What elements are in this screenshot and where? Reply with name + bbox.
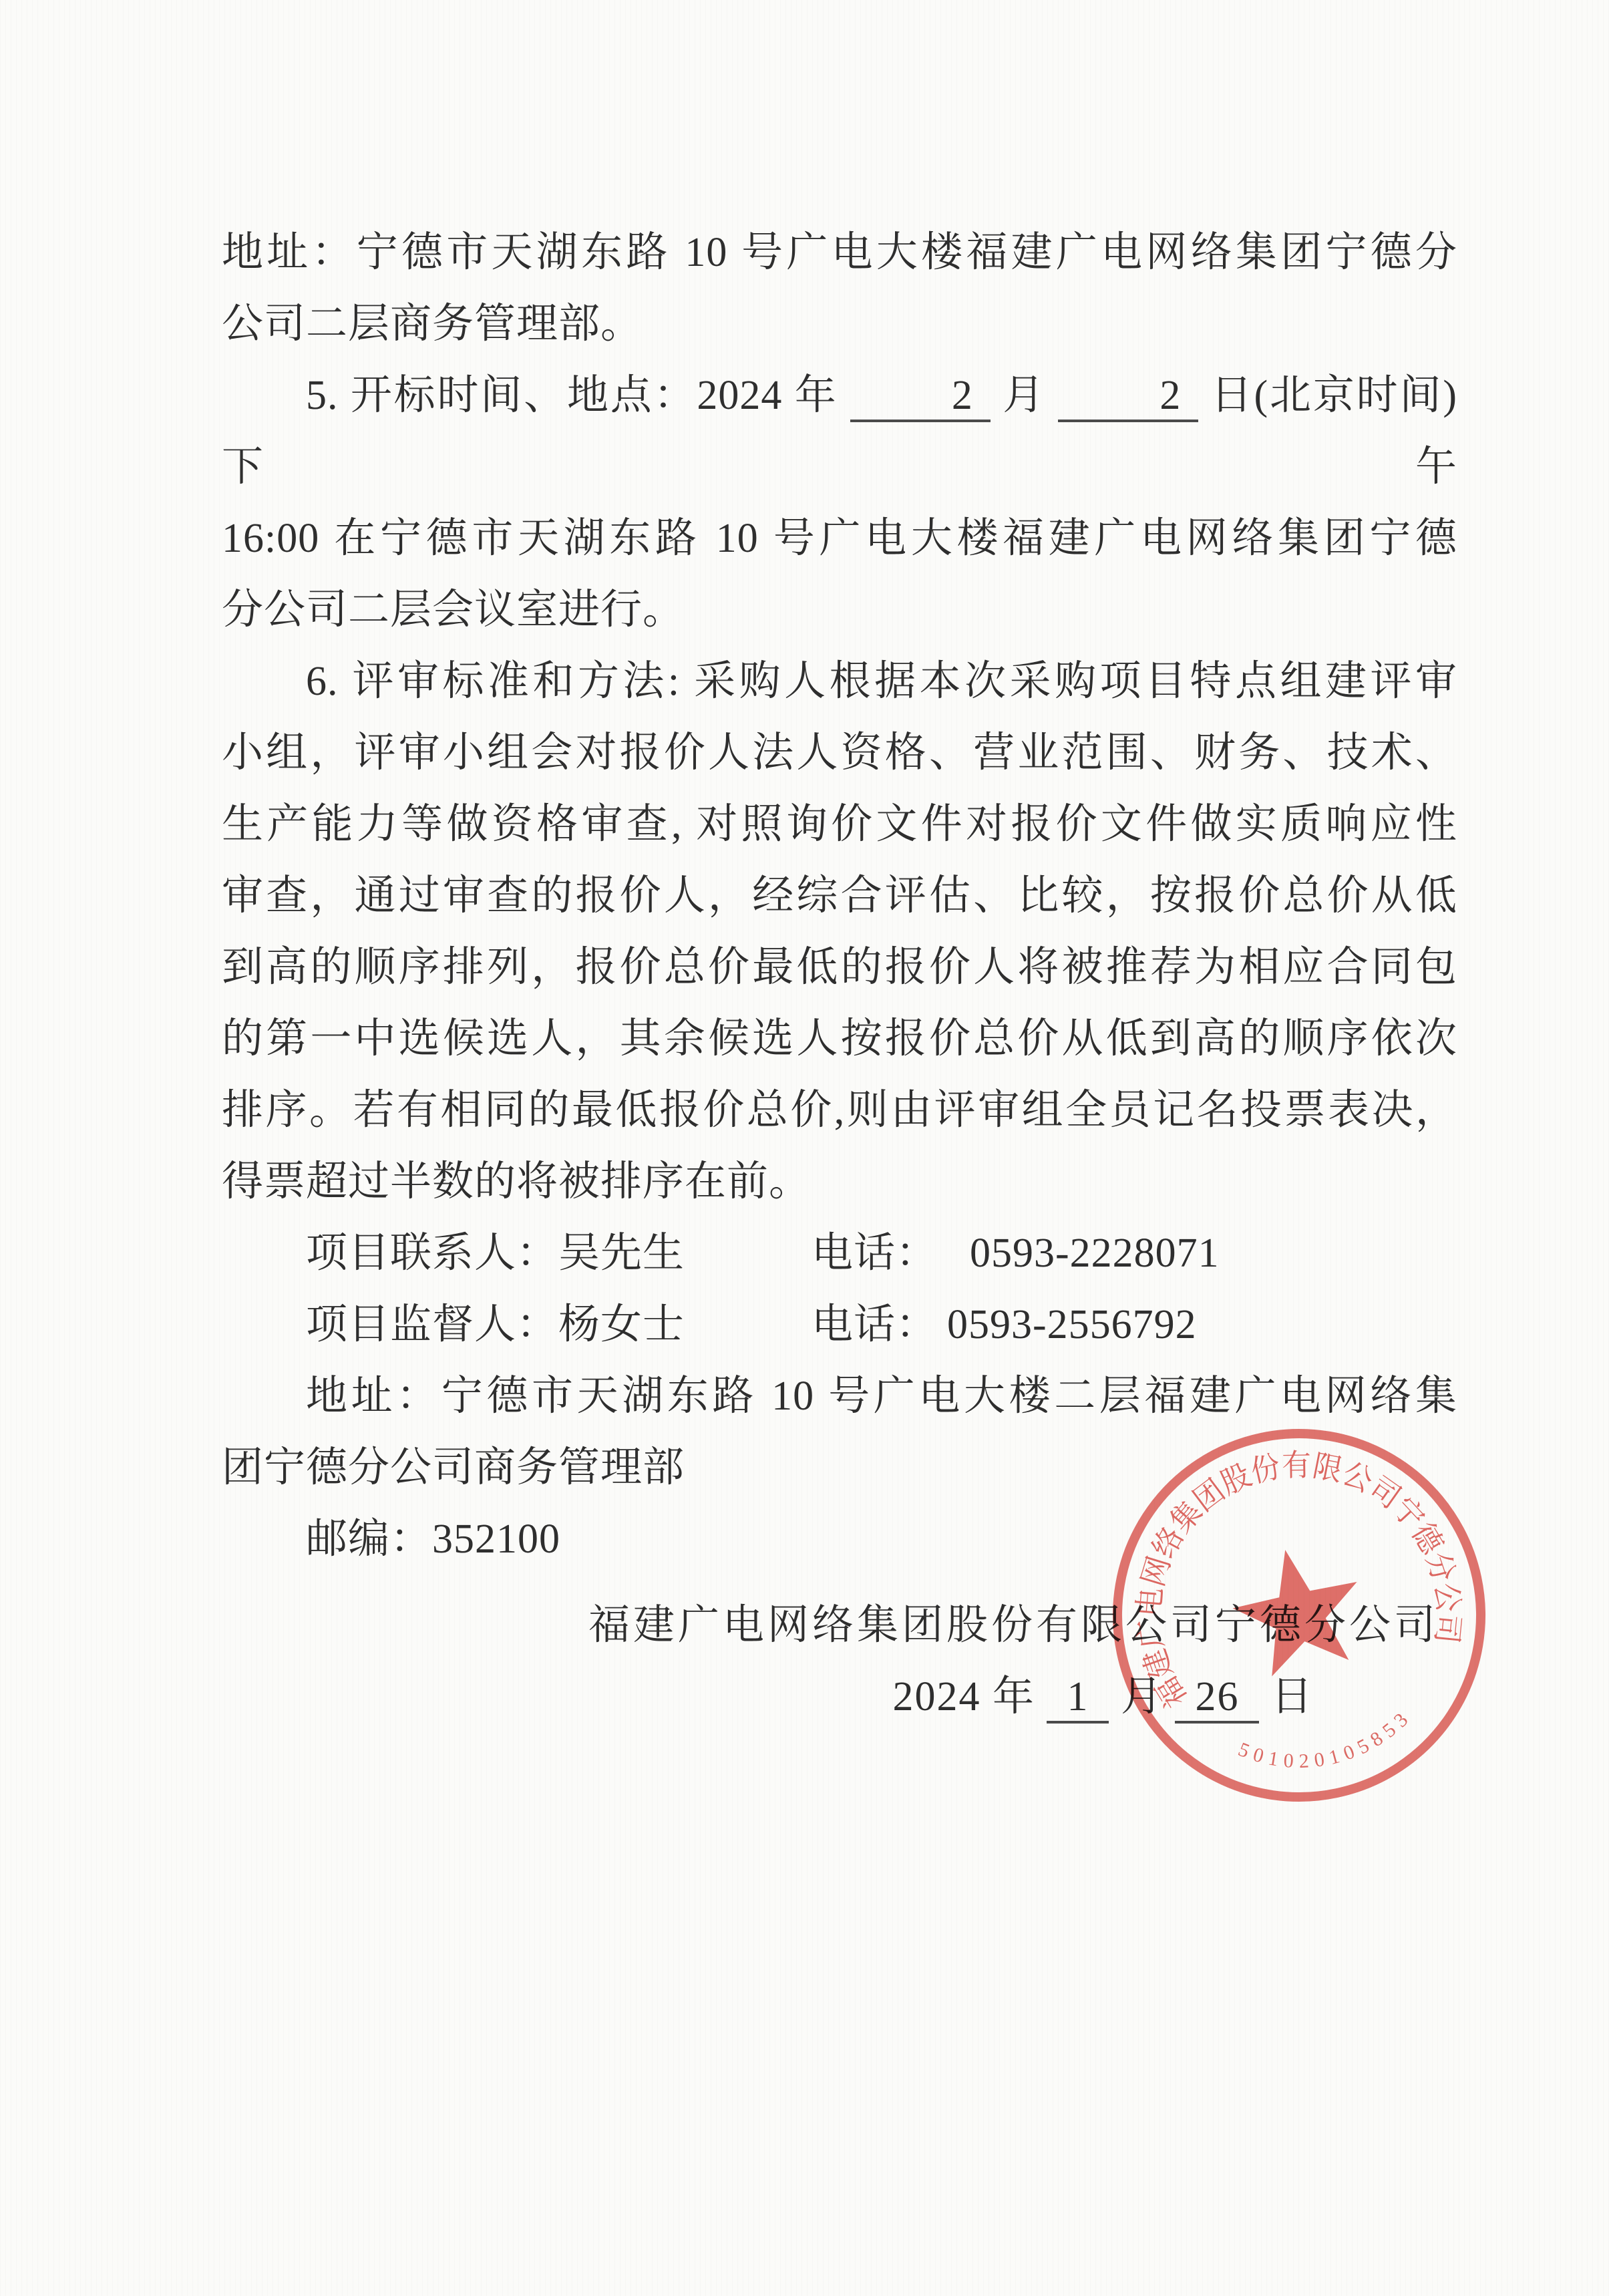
underlined-blank-month: 2 (850, 371, 991, 422)
bid-time-prefix: 5. 开标时间、地点：2024 年 (306, 373, 838, 418)
star-icon (1223, 1536, 1373, 1681)
contact-person-line: 项目联系人：吴先生电话：0593-2228071 (222, 1218, 1457, 1289)
bid-time-month-label: 月 (1003, 373, 1046, 418)
document-body: 地址：宁德市天湖东路 10 号广电大楼福建广电网络集团宁德分 公司二层商务管理部… (222, 217, 1457, 1575)
official-seal-stamp: 福建广电网络集团股份有限公司宁德分公司 501020105853 (1061, 1377, 1537, 1853)
text-line: 排序。若有相同的最低报价总价,则由评审组全员记名投票表决， (222, 1075, 1457, 1146)
signature-date-year: 2024 年 (892, 1674, 1035, 1719)
phone-label: 电话： (812, 1231, 938, 1276)
contact-person-label: 项目联系人：吴先生 (306, 1231, 685, 1276)
text-line-bid-open-time: 5. 开标时间、地点：2024 年 2 月 2 日(北京时间)下午 (222, 360, 1457, 503)
supervisor-person-line: 项目监督人：杨女士电话：0593-2556792 (222, 1289, 1457, 1361)
contact-phone-number: 0593-2228071 (970, 1231, 1220, 1276)
text-line-address-end: 公司二层商务管理部。 (222, 289, 1457, 360)
underlined-date-month: 1 (1047, 1673, 1109, 1724)
phone-label: 电话： (812, 1302, 938, 1347)
text-line: 到高的顺序排列，报价总价最低的报价人将被推荐为相应合同包 (222, 932, 1457, 1003)
text-line: 得票超过半数的将被排序在前。 (222, 1146, 1457, 1218)
text-line: 小组，评审小组会对报价人法人资格、营业范围、财务、技术、 (222, 717, 1457, 789)
text-line: 分公司二层会议室进行。 (222, 575, 1457, 646)
text-line: 生产能力等做资格审查, 对照询价文件对报价文件做实质响应性 (222, 789, 1457, 860)
underlined-blank-day: 2 (1058, 371, 1198, 422)
supervisor-label: 项目监督人：杨女士 (306, 1302, 685, 1347)
text-line: 审查，通过审查的报价人，经综合评估、比较，按报价总价从低 (222, 860, 1457, 932)
scanned-document-page: 地址：宁德市天湖东路 10 号广电大楼福建广电网络集团宁德分 公司二层商务管理部… (0, 0, 1609, 2296)
supervisor-phone-number: 0593-2556792 (947, 1302, 1197, 1347)
text-line-eval-method: 6. 评审标准和方法: 采购人根据本次采购项目特点组建评审 (222, 646, 1457, 717)
text-line-address-cont: 地址：宁德市天湖东路 10 号广电大楼福建广电网络集团宁德分 (222, 217, 1457, 289)
text-line: 的第一中选候选人，其余候选人按报价总价从低到高的顺序依次 (222, 1003, 1457, 1075)
text-line: 16:00 在宁德市天湖东路 10 号广电大楼福建广电网络集团宁德 (222, 503, 1457, 575)
